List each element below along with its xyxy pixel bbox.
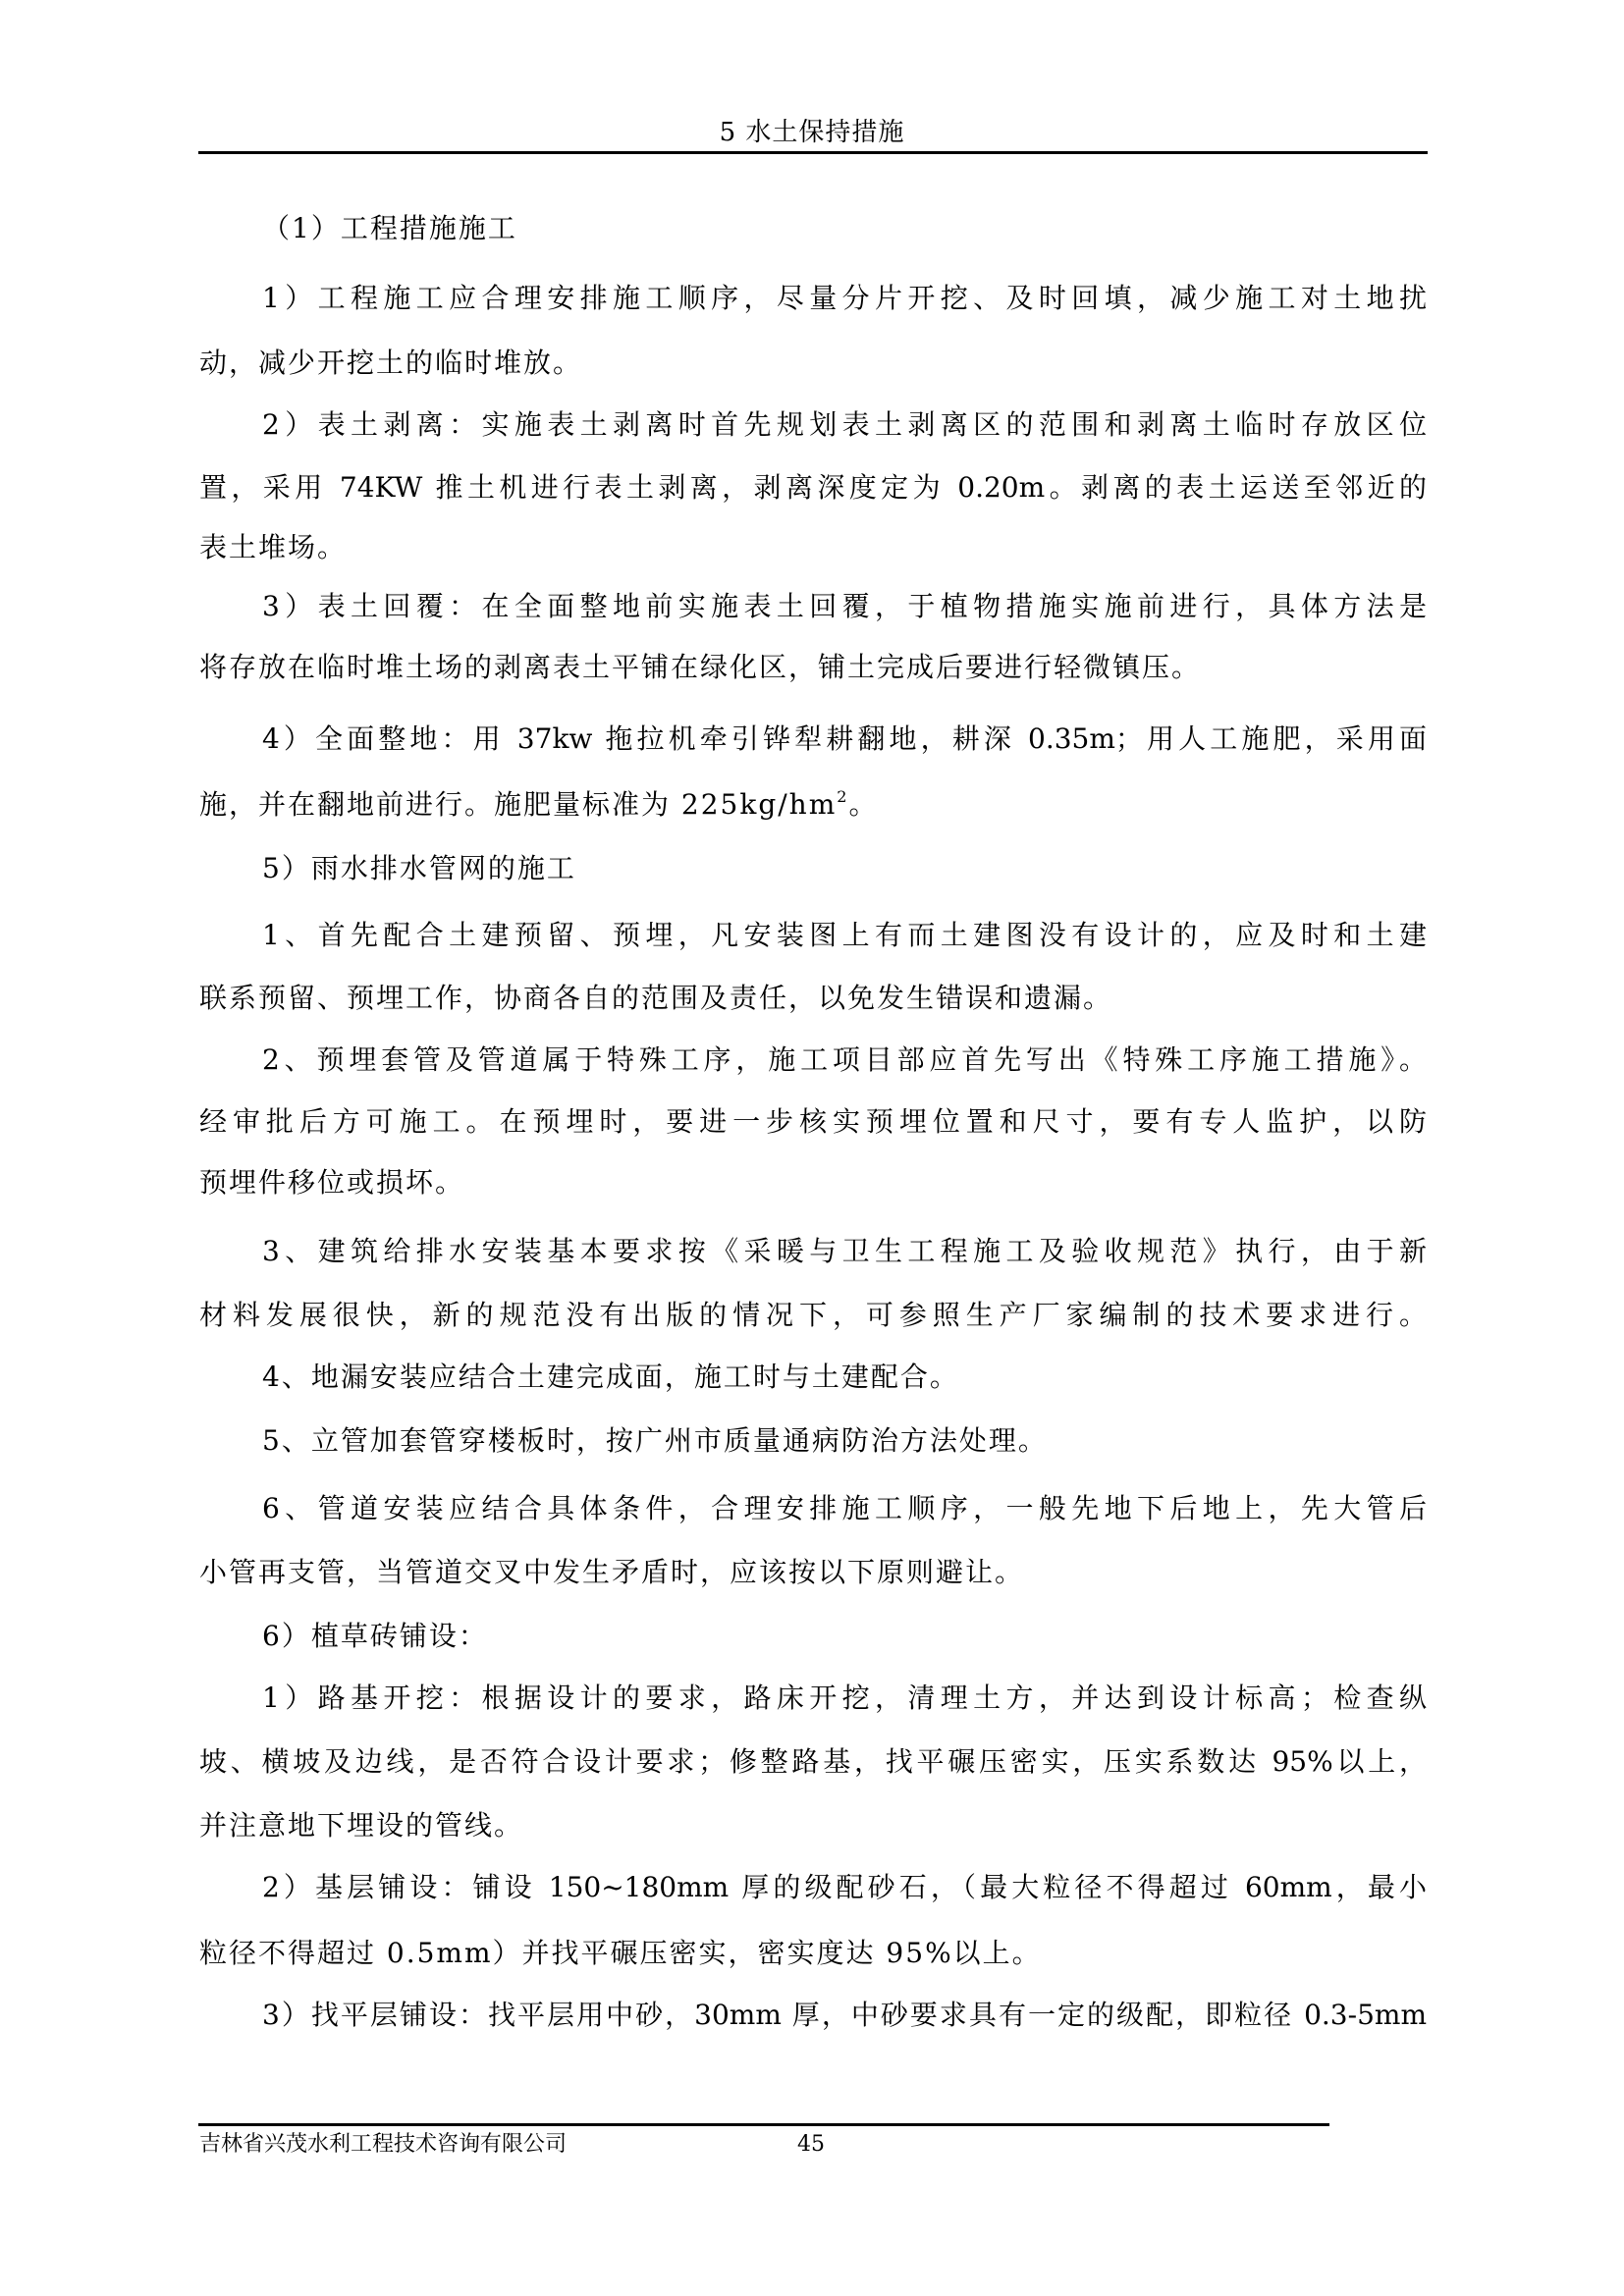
text-line: 并注意地下埋设的管线。	[199, 1806, 1427, 1845]
text-line: 表土堆场。	[199, 528, 1427, 567]
text-line-content: 预埋件移位或损坏。	[199, 1166, 464, 1199]
text-line: 联系预留、预埋工作，协商各自的范围及责任，以免发生错误和遗漏。	[199, 979, 1427, 1018]
header-divider	[198, 151, 1428, 154]
text-line: 6）植草砖铺设：	[199, 1617, 1427, 1656]
superscript: 2	[837, 787, 848, 806]
text-line: 2、预埋套管及管道属于特殊工序，施工项目部应首先写出《特殊工序施工措施》。	[199, 1041, 1427, 1080]
page-number: 45	[797, 2130, 825, 2160]
text-line-content: 并注意地下埋设的管线。	[199, 1809, 523, 1842]
text-line-content: 将存放在临时堆土场的剥离表土平铺在绿化区，铺土完成后要进行轻微镇压。	[199, 651, 1201, 683]
text-line-content: 施，并在翻地前进行。施肥量标准为 225kg/hm	[199, 788, 837, 821]
text-line-content: 1、首先配合土建预留、预埋，凡安装图上有而土建图没有设计的，应及时和土建	[262, 919, 1427, 951]
text-line: 3）表土回覆：在全面整地前实施表土回覆，于植物措施实施前进行，具体方法是	[199, 587, 1427, 626]
text-line: 5）雨水排水管网的施工	[199, 849, 1427, 888]
text-line-content: 3）表土回覆：在全面整地前实施表土回覆，于植物措施实施前进行，具体方法是	[262, 590, 1427, 622]
text-line: 1）路基开挖：根据设计的要求，路床开挖，清理土方，并达到设计标高；检查纵	[199, 1679, 1427, 1718]
text-line: 置，采用 74KW 推土机进行表土剥离，剥离深度定为 0.20m。剥离的表土运送…	[199, 468, 1427, 507]
text-line-content: 经审批后方可施工。在预埋时，要进一步核实预埋位置和尺寸，要有专人监护，以防	[199, 1105, 1427, 1138]
text-line-content: 2）表土剥离：实施表土剥离时首先规划表土剥离区的范围和剥离土临时存放区位	[262, 408, 1427, 441]
text-line-content: 材料发展很快，新的规范没有出版的情况下，可参照生产厂家编制的技术要求进行。	[199, 1299, 1427, 1331]
text-line-tail: 。	[848, 788, 878, 821]
text-line: 2）基层铺设：铺设 150~180mm 厚的级配砂石，（最大粒径不得超过 60m…	[199, 1868, 1427, 1907]
text-line: 1、首先配合土建预留、预埋，凡安装图上有而土建图没有设计的，应及时和土建	[199, 916, 1427, 955]
text-line: 3）找平层铺设：找平层用中砂，30mm 厚，中砂要求具有一定的级配，即粒径 0.…	[199, 1996, 1427, 2035]
text-line: 材料发展很快，新的规范没有出版的情况下，可参照生产厂家编制的技术要求进行。	[199, 1296, 1427, 1335]
chapter-title: 5 水土保持措施	[0, 116, 1624, 149]
text-line: 3、建筑给排水安装基本要求按《采暖与卫生工程施工及验收规范》执行，由于新	[199, 1232, 1427, 1271]
text-line-content: 1）工程施工应合理安排施工顺序，尽量分片开挖、及时回填，减少施工对土地扰	[262, 282, 1427, 314]
text-line: （1）工程措施施工	[199, 209, 1427, 248]
text-line-content: 2）基层铺设：铺设 150~180mm 厚的级配砂石，（最大粒径不得超过 60m…	[262, 1871, 1427, 1903]
text-line: 经审批后方可施工。在预埋时，要进一步核实预埋位置和尺寸，要有专人监护，以防	[199, 1102, 1427, 1142]
text-line: 动，减少开挖土的临时堆放。	[199, 344, 1427, 383]
text-line: 粒径不得超过 0.5mm）并找平碾压密实，密实度达 95%以上。	[199, 1934, 1427, 1973]
text-line: 将存放在临时堆土场的剥离表土平铺在绿化区，铺土完成后要进行轻微镇压。	[199, 648, 1427, 687]
text-line-content: 小管再支管，当管道交叉中发生矛盾时，应该按以下原则避让。	[199, 1556, 1024, 1588]
text-line-content: 2、预埋套管及管道属于特殊工序，施工项目部应首先写出《特殊工序施工措施》。	[262, 1043, 1427, 1076]
text-line-content: （1）工程措施施工	[262, 212, 517, 244]
text-line: 预埋件移位或损坏。	[199, 1163, 1427, 1202]
text-line-content: 表土堆场。	[199, 531, 347, 563]
text-line-content: 粒径不得超过 0.5mm）并找平碾压密实，密实度达 95%以上。	[199, 1937, 1042, 1969]
text-line-content: 联系预留、预埋工作，协商各自的范围及责任，以免发生错误和遗漏。	[199, 982, 1112, 1014]
text-line-content: 4）全面整地：用 37kw 拖拉机牵引铧犁耕翻地，耕深 0.35m；用人工施肥，…	[262, 722, 1427, 755]
text-line-content: 6、管道安装应结合具体条件，合理安排施工顺序，一般先地下后地上，先大管后	[262, 1492, 1427, 1524]
text-line: 小管再支管，当管道交叉中发生矛盾时，应该按以下原则避让。	[199, 1553, 1427, 1592]
text-line: 5、立管加套管穿楼板时，按广州市质量通病防治方法处理。	[199, 1421, 1427, 1461]
text-line: 1）工程施工应合理安排施工顺序，尽量分片开挖、及时回填，减少施工对土地扰	[199, 279, 1427, 318]
footer-divider	[198, 2123, 1329, 2126]
text-line-content: 5）雨水排水管网的施工	[262, 852, 576, 884]
text-line: 4、地漏安装应结合土建完成面，施工时与土建配合。	[199, 1358, 1427, 1397]
text-line-content: 1）路基开挖：根据设计的要求，路床开挖，清理土方，并达到设计标高；检查纵	[262, 1682, 1427, 1714]
text-line-content: 6）植草砖铺设：	[262, 1620, 488, 1652]
text-line: 6、管道安装应结合具体条件，合理安排施工顺序，一般先地下后地上，先大管后	[199, 1489, 1427, 1528]
text-line-content: 动，减少开挖土的临时堆放。	[199, 347, 582, 379]
text-line: 4）全面整地：用 37kw 拖拉机牵引铧犁耕翻地，耕深 0.35m；用人工施肥，…	[199, 720, 1427, 759]
text-line-content: 3、建筑给排水安装基本要求按《采暖与卫生工程施工及验收规范》执行，由于新	[262, 1235, 1427, 1267]
text-line: 坡、横坡及边线，是否符合设计要求；修整路基，找平碾压密实，压实系数达 95%以上…	[199, 1742, 1427, 1782]
text-line-content: 4、地漏安装应结合土建完成面，施工时与土建配合。	[262, 1361, 959, 1393]
text-line-content: 3）找平层铺设：找平层用中砂，30mm 厚，中砂要求具有一定的级配，即粒径 0.…	[262, 1999, 1427, 2031]
text-line-content: 5、立管加套管穿楼板时，按广州市质量通病防治方法处理。	[262, 1424, 1048, 1457]
text-line: 施，并在翻地前进行。施肥量标准为 225kg/hm2。	[199, 785, 1427, 825]
footer-company-name: 吉林省兴茂水利工程技术咨询有限公司	[199, 2130, 567, 2160]
text-line: 2）表土剥离：实施表土剥离时首先规划表土剥离区的范围和剥离土临时存放区位	[199, 405, 1427, 445]
text-line-content: 置，采用 74KW 推土机进行表土剥离，剥离深度定为 0.20m。剥离的表土运送…	[199, 471, 1427, 504]
text-line-content: 坡、横坡及边线，是否符合设计要求；修整路基，找平碾压密实，压实系数达 95%以上…	[199, 1745, 1427, 1778]
